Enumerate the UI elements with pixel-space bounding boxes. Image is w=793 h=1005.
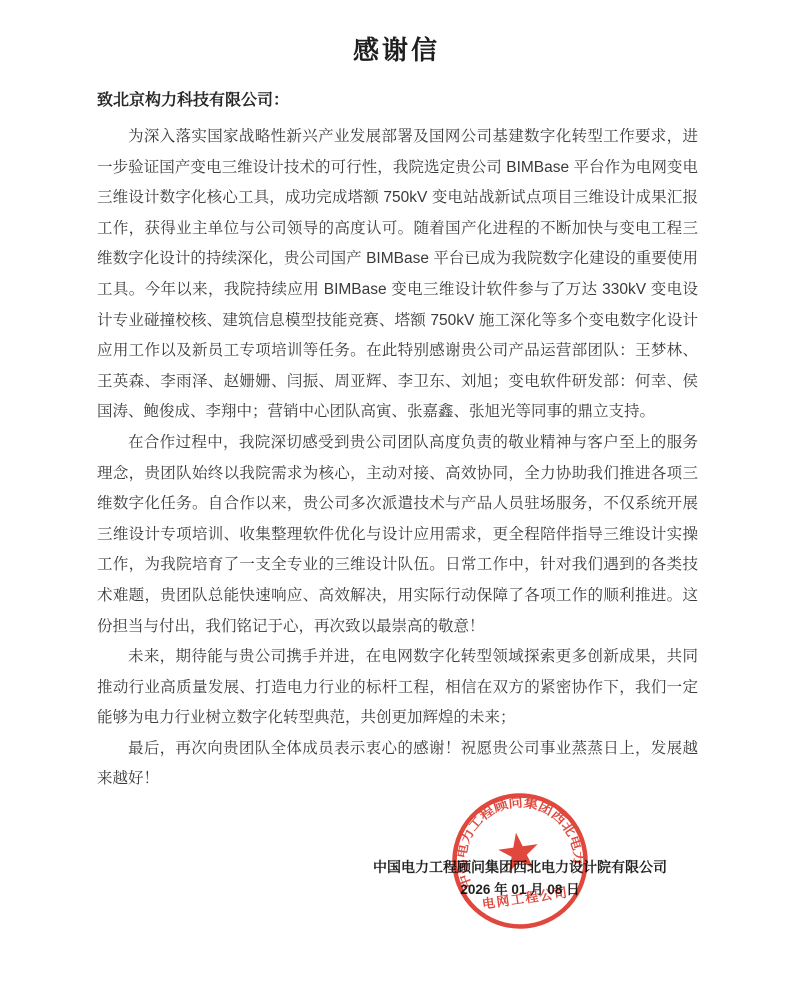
letter-title: 感谢信	[0, 30, 793, 67]
letter-content: 感谢信 致北京构力科技有限公司： 为深入落实国家战略性新兴产业发展部署及国网公司…	[0, 0, 793, 795]
letter-salutation: 致北京构力科技有限公司：	[97, 87, 698, 110]
signature-date: 2026 年 01 月 08 日	[373, 879, 667, 901]
paragraph-3: 未来，期待能与贵公司携手并进，在电网数字化转型领域探索更多创新成果，共同推动行业…	[97, 642, 698, 734]
paragraph-4: 最后，再次向贵团队全体成员表示衷心的感谢！祝愿贵公司事业蒸蒸日上，发展越来越好！	[97, 734, 698, 795]
paragraph-1: 为深入落实国家战略性新兴产业发展部署及国网公司基建数字化转型工作要求，进一步验证…	[97, 122, 698, 428]
paragraph-2: 在合作过程中，我院深切感受到贵公司团队高度负责的敬业精神与客户至上的服务理念，贵…	[97, 428, 698, 642]
signature-block: 中国电力工程顾问集团西北电力设计院有限公司 2026 年 01 月 08 日	[373, 855, 667, 901]
letter-body: 为深入落实国家战略性新兴产业发展部署及国网公司基建数字化转型工作要求，进一步验证…	[97, 122, 698, 795]
letter-page: 感谢信 致北京构力科技有限公司： 为深入落实国家战略性新兴产业发展部署及国网公司…	[0, 0, 793, 1005]
signature-company: 中国电力工程顾问集团西北电力设计院有限公司	[373, 855, 667, 879]
